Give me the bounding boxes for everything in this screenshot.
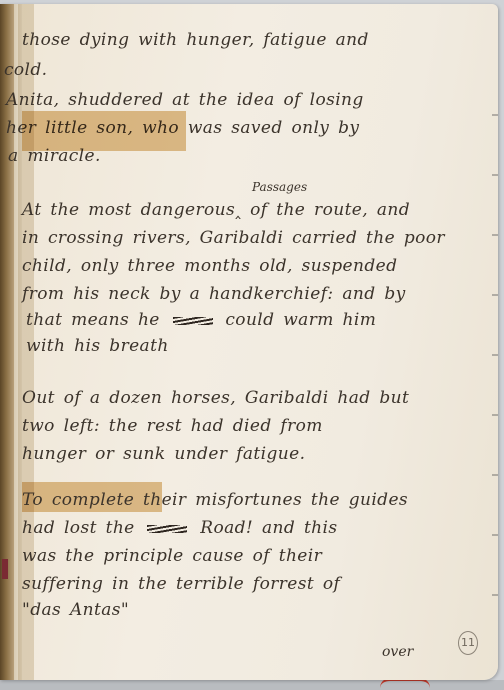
tape-strip bbox=[22, 111, 186, 151]
text-line: from his neck by a handkerchief: and by bbox=[22, 284, 406, 304]
text-line: To complete their misfortunes the guides bbox=[22, 490, 408, 510]
text-line: those dying with hunger, fatigue and bbox=[22, 30, 369, 50]
text-line: suffering in the terrible forrest of bbox=[22, 574, 340, 594]
text-line: child, only three months old, suspended bbox=[22, 256, 397, 276]
text-fragment: had lost the bbox=[22, 518, 135, 538]
page-edge-marks bbox=[492, 84, 498, 644]
text-line: in crossing rivers, Garibaldi carried th… bbox=[22, 228, 445, 248]
text-line: hunger or sunk under fatigue. bbox=[22, 444, 305, 464]
text-line: Out of a dozen horses, Garibaldi had but bbox=[22, 388, 409, 408]
text-line: had lost the Road! and this bbox=[22, 518, 337, 538]
text-line: was the principle cause of their bbox=[22, 546, 322, 566]
over-note: over bbox=[382, 644, 413, 660]
struck-out-word bbox=[147, 525, 187, 533]
text-fragment: could warm him bbox=[225, 310, 376, 330]
text-fragment: Road! and this bbox=[200, 518, 337, 538]
text-line: "das Antas" bbox=[22, 600, 129, 620]
text-line: that means he could warm him bbox=[26, 310, 376, 330]
text-line: At the most dangerous‸ of the route, and bbox=[22, 200, 410, 220]
struck-out-word bbox=[173, 317, 213, 325]
text-line: with his breath bbox=[26, 336, 169, 356]
manuscript-page: those dying with hunger, fatigue and col… bbox=[0, 4, 498, 680]
insertion-passages: Passages bbox=[252, 180, 307, 194]
text-line: Anita, shuddered at the idea of losing bbox=[6, 90, 364, 110]
text-line: two left: the rest had died from bbox=[22, 416, 323, 436]
text-fragment: that means he bbox=[26, 310, 160, 330]
page-number: 11 bbox=[458, 631, 478, 655]
text-line: cold. bbox=[4, 60, 47, 80]
binding-red-mark bbox=[2, 559, 8, 579]
